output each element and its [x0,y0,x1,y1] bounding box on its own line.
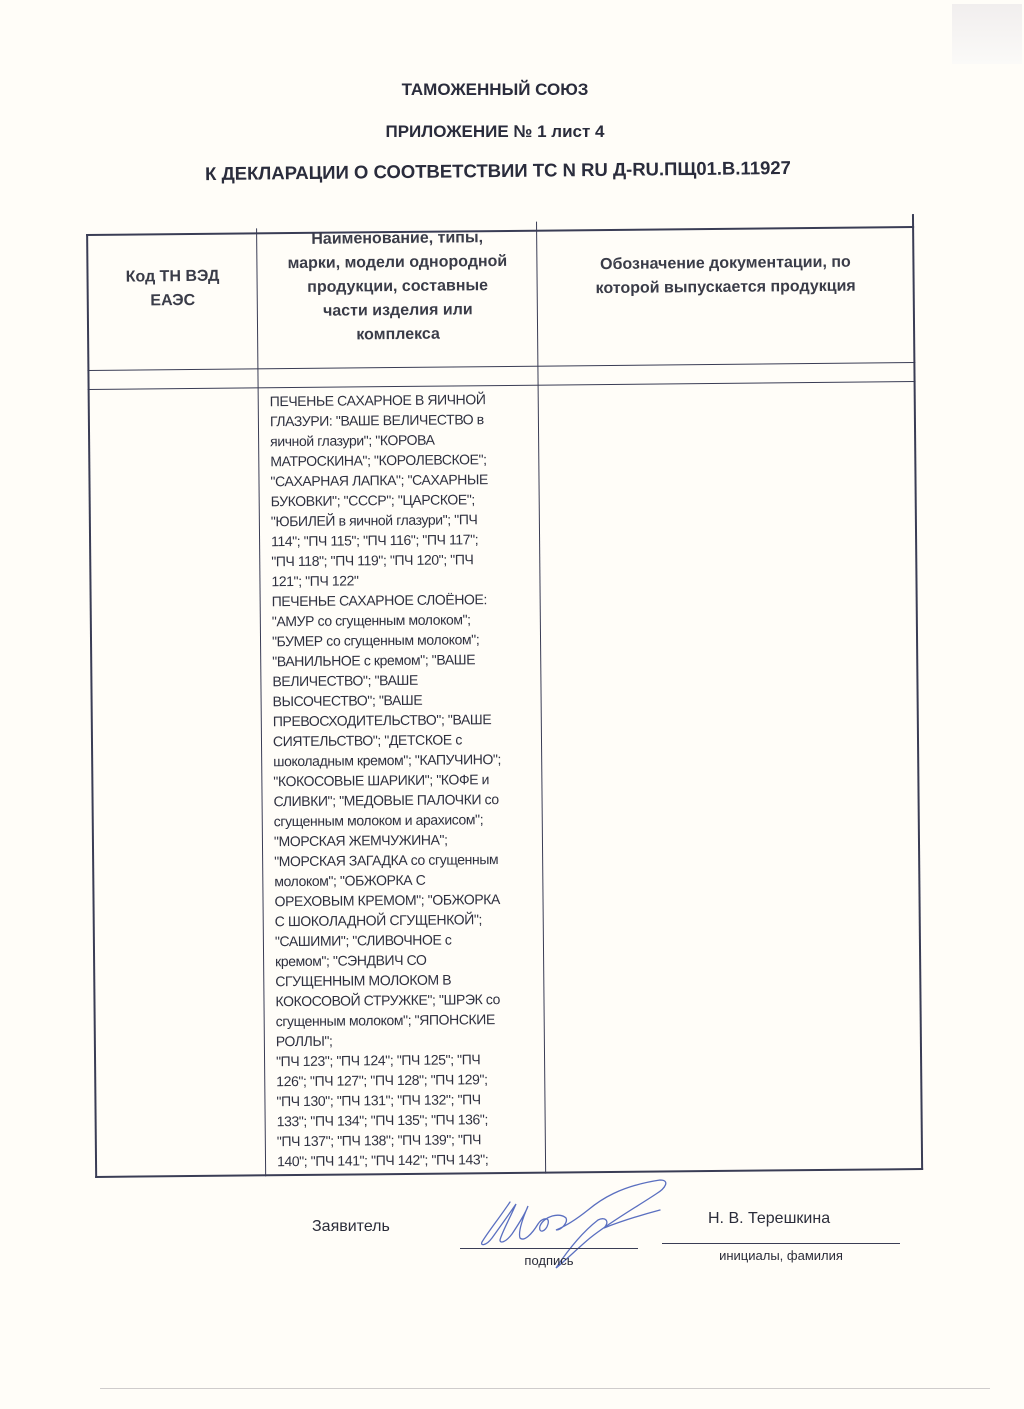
product-line: "АМУР со сгущенным молоком"; [272,609,540,632]
product-line: 140"; "ПЧ 141"; "ПЧ 142"; "ПЧ 143"; [277,1149,545,1172]
header-product: Наименование, типы, марки, модели одноро… [258,226,537,349]
product-line: "БУМЕР со сгущенным молоком"; [272,629,540,652]
product-line: ОРЕХОВЫМ КРЕМОМ"; "ОБЖОРКА [274,889,542,912]
product-line: ПЕЧЕНЬЕ САХАРНОЕ В ЯИЧНОЙ [270,389,538,412]
documentation-cell [544,386,908,389]
product-line: молоком"; "ОБЖОРКА С [274,869,542,892]
product-line: СИЯТЕЛЬСТВО"; "ДЕТСКОЕ с [273,729,541,752]
product-line: 126"; "ПЧ 127"; "ПЧ 128"; "ПЧ 129"; [276,1069,544,1092]
header-divider [87,362,915,371]
union-title: ТАМОЖЕННЫЙ СОЮЗ [0,80,990,100]
product-line: ПРЕВОСХОДИТЕЛЬСТВО"; "ВАШЕ [273,709,541,732]
product-line: МАТРОСКИНА"; "КОРОЛЕВСКОЕ"; [270,449,538,472]
product-line: С ШОКОЛАДНОЙ СГУЩЕНКОЙ"; [275,909,543,932]
header-documentation: Обозначение документации, по которой вып… [538,250,912,302]
header-code: Код ТН ВЭД ЕАЭС [88,264,256,314]
scan-shadow [952,4,1022,64]
product-line: ПЕЧЕНЬЕ САХАРНОЕ СЛОЁНОЕ: [272,589,540,612]
product-line: "МОРСКАЯ ЗАГАДКА со сгущенным [274,849,542,872]
code-cell [92,392,256,394]
product-line: КОКОСОВОЙ СТРУЖКЕ"; "ШРЭК со [275,989,543,1012]
product-line: "ЮБИЛЕЙ в яичной глазури"; "ПЧ [271,509,539,532]
product-line: ВЕЛИЧЕСТВО"; "ВАШЕ [272,669,540,692]
table-border-right [912,214,923,1170]
product-line: РОЛЛЫ"; [276,1029,544,1052]
product-line: "САХАРНАЯ ЛАПКА"; "САХАРНЫЕ [270,469,538,492]
product-line: ГЛАЗУРИ: "ВАШЕ ВЕЛИЧЕСТВО в [270,409,538,432]
product-line: шоколадным кремом"; "КАПУЧИНО"; [273,749,541,772]
name-line [662,1243,900,1244]
product-list-cell: ПЕЧЕНЬЕ САХАРНОЕ В ЯИЧНОЙГЛАЗУРИ: "ВАШЕ … [270,389,545,1172]
product-line: СЛИВКИ"; "МЕДОВЫЕ ПАЛОЧКИ со [273,789,541,812]
applicant-label: Заявитель [312,1218,390,1236]
product-line: "КОКОСОВЫЕ ШАРИКИ"; "КОФЕ и [273,769,541,792]
applicant-name: Н. В. Терешкина [708,1210,830,1228]
signature-line [460,1248,638,1249]
product-line: яичной глазури"; "КОРОВА [270,429,538,452]
product-line: "ПЧ 137"; "ПЧ 138"; "ПЧ 139"; "ПЧ [277,1129,545,1152]
product-line: "МОРСКАЯ ЖЕМЧУЖИНА"; [274,829,542,852]
product-line: "ПЧ 118"; "ПЧ 119"; "ПЧ 120"; "ПЧ [271,549,539,572]
declaration-title: К ДЕКЛАРАЦИИ О СООТВЕТСТВИИ ТС N RU Д-RU… [0,155,996,187]
product-line: "САШИМИ"; "СЛИВОЧНОЕ с [275,929,543,952]
product-line: БУКОВКИ"; "СССР"; "ЦАРСКОЕ"; [271,489,539,512]
appendix-title: ПРИЛОЖЕНИЕ № 1 лист 4 [0,122,990,142]
table-border-left [86,234,97,1178]
signature-caption: подпись [460,1253,638,1268]
product-line: "ПЧ 130"; "ПЧ 131"; "ПЧ 132"; "ПЧ [276,1089,544,1112]
product-line: сгущенным молоком и арахисом"; [274,809,542,832]
product-line: СГУЩЕННЫМ МОЛОКОМ В [275,969,543,992]
name-caption: инициалы, фамилия [662,1248,900,1263]
product-line: "ПЧ 123"; "ПЧ 124"; "ПЧ 125"; "ПЧ [276,1049,544,1072]
product-line: 114"; "ПЧ 115"; "ПЧ 116"; "ПЧ 117"; [271,529,539,552]
product-line: "ВАНИЛЬНОЕ с кремом"; "ВАШЕ [272,649,540,672]
product-line: ВЫСОЧЕСТВО"; "ВАШЕ [273,689,541,712]
product-line: сгущенным молоком"; "ЯПОНСКИЕ [276,1009,544,1032]
product-line: 121"; "ПЧ 122" [271,569,539,592]
scan-edge-line [100,1388,990,1389]
product-line: кремом"; "СЭНДВИЧ СО [275,949,543,972]
product-line: 133"; "ПЧ 134"; "ПЧ 135"; "ПЧ 136"; [277,1109,545,1132]
products-table: Код ТН ВЭД ЕАЭС Наименование, типы, марк… [86,214,923,1178]
column-divider-1 [256,228,266,1176]
